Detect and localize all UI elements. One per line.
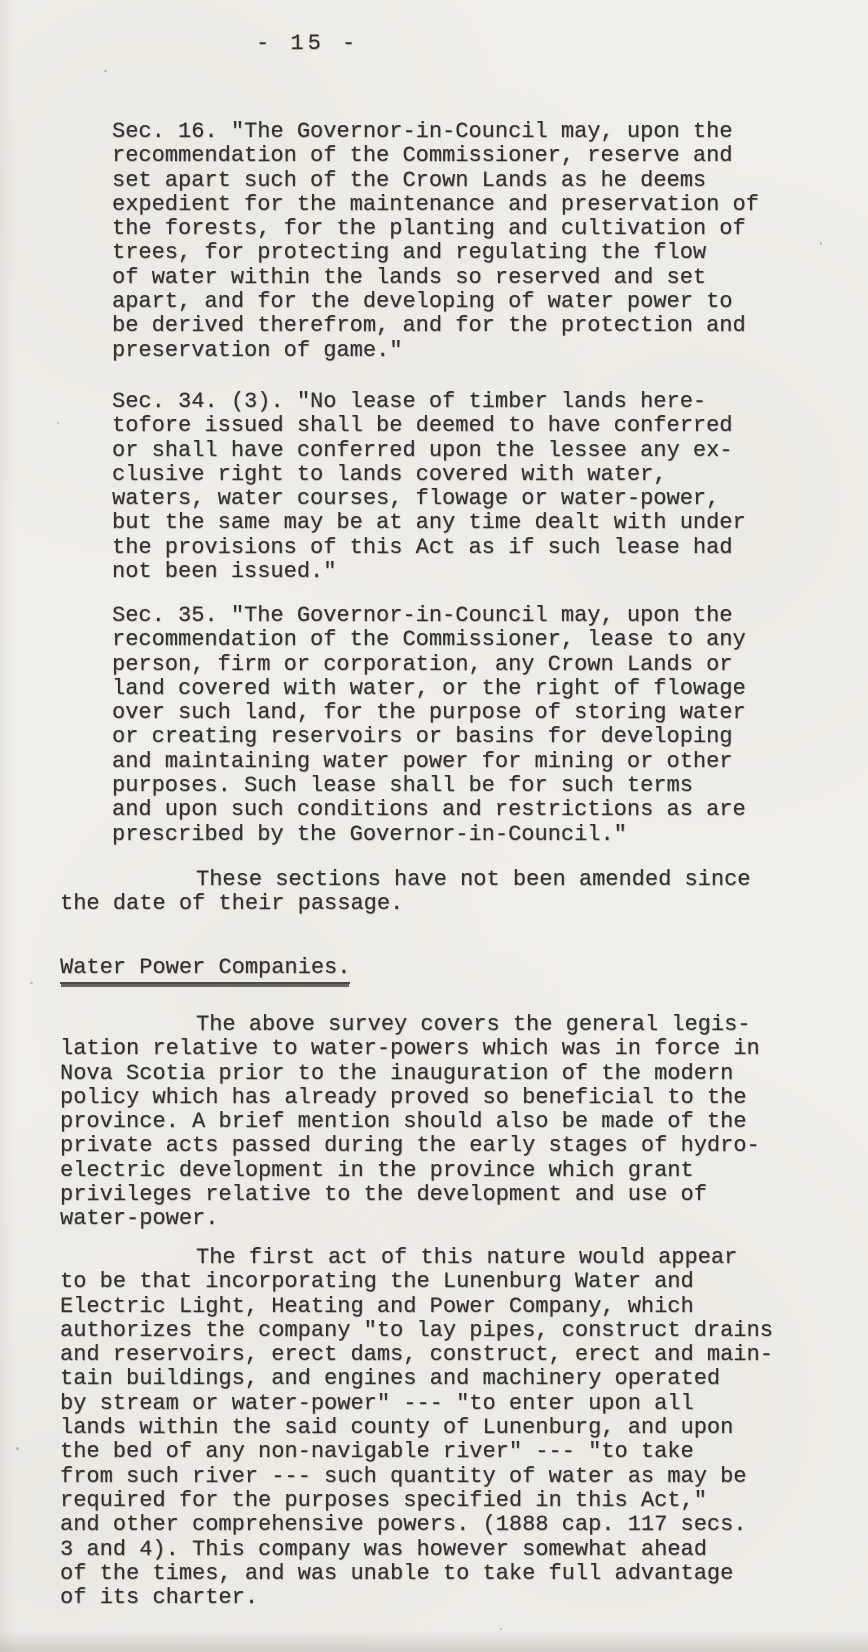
scan-edge-shadow-left <box>0 0 14 1652</box>
blockquote-sec-35: Sec. 35. "The Governor-in-Council may, u… <box>112 604 812 847</box>
scan-edge-shadow-bottom <box>0 1630 868 1652</box>
paragraph-first-act: The first act of this nature would appea… <box>60 1246 830 1610</box>
scan-speck <box>820 242 822 245</box>
page-number: - 15 - <box>256 32 359 56</box>
scan-speck <box>104 70 107 72</box>
paragraph-survey-overview: The above survey covers the general legi… <box>60 1013 830 1232</box>
scan-speck <box>57 422 59 424</box>
paragraph-amendment-note: These sections have not been amended sin… <box>60 868 830 917</box>
scanned-page: { "page_number": "- 15 -", "heading": "W… <box>0 0 868 1652</box>
section-heading-text: Water Power Companies. <box>60 956 350 984</box>
scan-speck <box>30 982 33 984</box>
blockquote-sec-16: Sec. 16. "The Governor-in-Council may, u… <box>112 120 812 363</box>
blockquote-sec-34-3: Sec. 34. (3). "No lease of timber lands … <box>112 390 812 584</box>
section-heading-water-power-companies: Water Power Companies. <box>60 956 350 984</box>
scan-speck <box>16 1447 19 1450</box>
